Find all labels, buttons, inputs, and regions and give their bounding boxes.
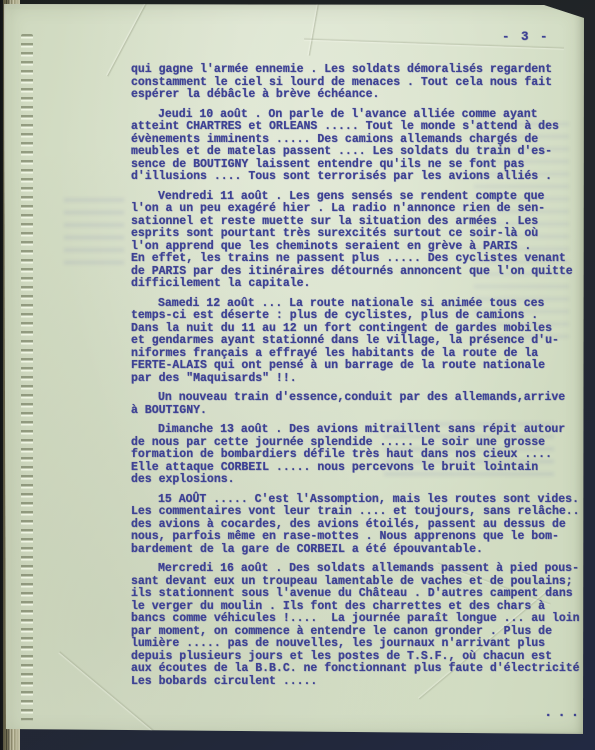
text-line: temps-ci est déserte : plus de cyclistes…: [131, 310, 587, 323]
text-line: Dimanche 13 août . Des avions mitraillen…: [131, 424, 587, 437]
text-line: bardement de la gare de CORBEIL a été ép…: [131, 544, 587, 557]
text-line: atteint CHARTRES et ORLEANS ..... Tout l…: [131, 121, 587, 134]
text-line: l'on a un peu exagéré hier . La radio n'…: [131, 203, 587, 216]
text-line: meubles et de matelas passent .... Les s…: [131, 146, 587, 159]
paragraph: Jeudi 10 août . On parle de l'avance all…: [131, 109, 587, 184]
text-line: lumière ..... pas de nouvelles, les jour…: [131, 638, 587, 651]
text-line: ils stationnent sous l'avenue du Château…: [131, 588, 587, 601]
text-line: Les bobards circulent .....: [131, 676, 587, 689]
paragraph: Vendredi 11 août . Les gens sensés se re…: [131, 191, 587, 291]
paragraph: Un nouveau train d'essence,conduit par d…: [131, 392, 587, 417]
text-line: difficilement la capitale.: [131, 278, 587, 291]
paper-crease: [307, 0, 321, 56]
text-line: et gendarmes ayant stationné dans le vil…: [131, 335, 587, 348]
text-block: qui gagne l'armée ennemie . Les soldats …: [131, 64, 587, 695]
paragraph: Samedi 12 août ... La route nationale si…: [131, 298, 587, 386]
text-line: à BOUTIGNY.: [131, 405, 587, 418]
text-line: par des "Maquisards" !!.: [131, 373, 587, 386]
text-line: aux écoutes de la B.B.C. ne fonctionnant…: [131, 663, 587, 676]
paragraph: Mercredi 16 août . Des soldats allemands…: [131, 563, 587, 688]
paragraph: qui gagne l'armée ennemie . Les soldats …: [131, 64, 587, 102]
text-line: En effet, les trains ne passent plus ...…: [131, 253, 587, 266]
text-line: nous, parfois même en rase-mottes . Nous…: [131, 531, 587, 544]
paragraph: Dimanche 13 août . Des avions mitraillen…: [131, 424, 587, 487]
text-line: espérer la débâcle à brève échéance.: [131, 89, 587, 102]
text-line: bancs comme véhicules !.... La journée p…: [131, 613, 587, 626]
text-line: formation de bombardiers défile très hau…: [131, 449, 587, 462]
paragraph: 15 AOÛT ..... C'est l'Assomption, mais l…: [131, 494, 587, 557]
page-number: - 3 -: [502, 30, 550, 44]
text-line: esprits sont pourtant très surexcités su…: [131, 228, 587, 241]
notebook-perforation-stitches: [21, 34, 33, 721]
text-line: Les commentaires vont leur train .... et…: [131, 506, 587, 519]
text-line: qui gagne l'armée ennemie . Les soldats …: [131, 64, 587, 77]
text-line: FERTE-ALAIS qui ont pensé à un barrage d…: [131, 360, 587, 373]
scanned-document-photo: - 3 - qui gagne l'armée ennemie . Les so…: [0, 0, 595, 750]
text-line: d'illusions .... Tous sont terrorisés pa…: [131, 171, 587, 184]
ink-bleedthrough: [64, 198, 124, 268]
text-line: des explosions.: [131, 474, 587, 487]
text-line: Un nouveau train d'essence,conduit par d…: [131, 392, 587, 405]
text-line: Mercredi 16 août . Des soldats allemands…: [131, 563, 587, 576]
typewritten-page: - 3 - qui gagne l'armée ennemie . Les so…: [4, 2, 585, 737]
continuation-marks: ...: [544, 705, 584, 721]
